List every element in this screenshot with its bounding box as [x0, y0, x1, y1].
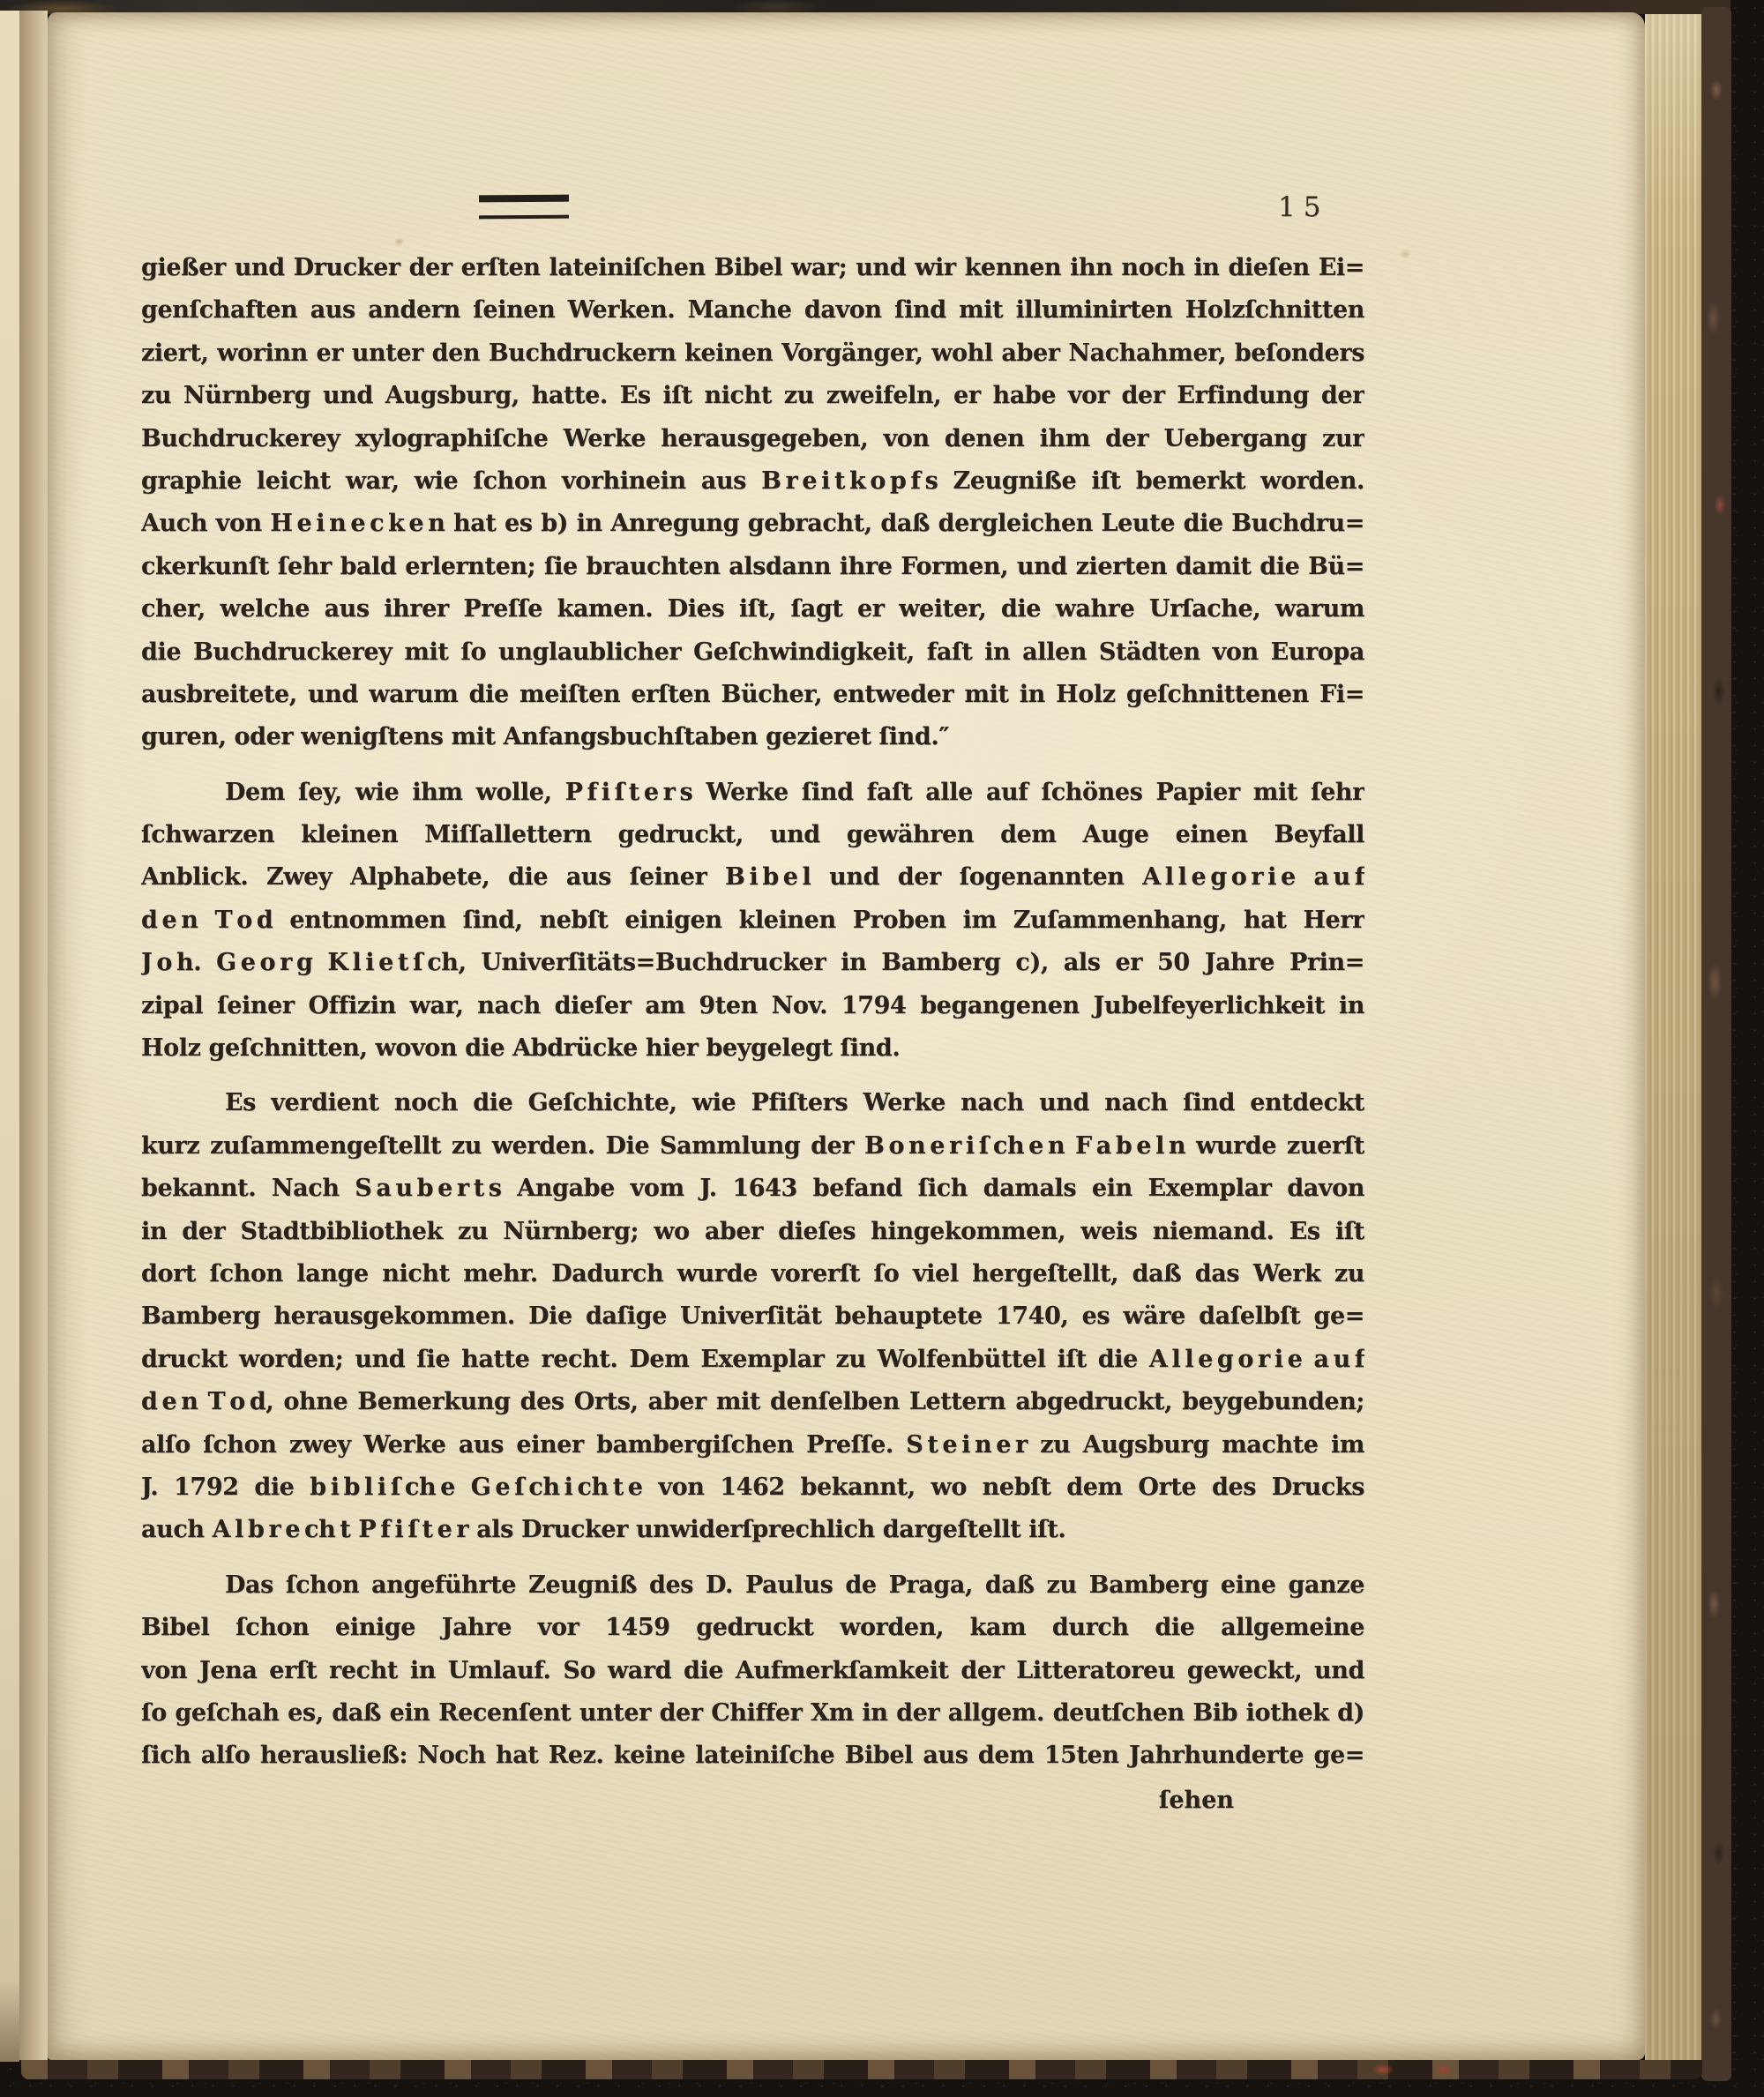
text-line: zu Nürnberg und Augsburg, hatte. Es iſt … — [141, 375, 1364, 417]
text-line: Es verdient noch die Geſchichte, wie Pfi… — [141, 1082, 1364, 1124]
book-scan-photo: { "page": { "number": "15", "catchword":… — [0, 0, 1764, 2097]
paragraph: Dem ſey, wie ihm wolle, P f i ſ t e r s … — [141, 772, 1364, 1071]
text-line: bekannt. Nach S a u b e r t s Angabe vom… — [141, 1168, 1364, 1210]
text-line: Holz geſchnitten, wovon die Abdrücke hie… — [141, 1027, 1364, 1070]
text-line: d e n T o d entnommen ſind, nebſt einige… — [141, 899, 1364, 942]
text-line: alſo ſchon zwey Werke aus einer bambergi… — [141, 1424, 1364, 1466]
text-line: zipal ſeiner Offizin war, nach dieſer am… — [141, 985, 1364, 1027]
gutter-shadow — [19, 11, 48, 2060]
text-line: die Buchdruckerey mit ſo unglaublicher G… — [141, 631, 1364, 674]
text-line: J o h. G e o r g K l i e t ſ ch, Univerſ… — [141, 942, 1364, 984]
text-line: Dem ſey, wie ihm wolle, P f i ſ t e r s … — [141, 772, 1364, 814]
text-line: von Jena erſt recht in Umlauf. So ward d… — [141, 1650, 1364, 1692]
text-line: genſchaften aus andern ſeinen Werken. Ma… — [141, 289, 1364, 332]
paragraph: Das ſchon angeführte Zeugniß des D. Paul… — [141, 1564, 1364, 1778]
text-line: guren, oder wenigſtens mit Anfangsbuchſt… — [141, 716, 1364, 758]
text-line: Bibel ſchon einige Jahre vor 1459 gedruc… — [141, 1607, 1364, 1649]
facing-page-edge — [0, 11, 19, 2062]
text-line: dort ſchon lange nicht mehr. Dadurch wur… — [141, 1253, 1364, 1295]
text-line: J. 1792 die b i b l i ſ ch e G e ſ ch i … — [141, 1466, 1364, 1509]
text-line: Bamberg herausgekommen. Die daſige Unive… — [141, 1295, 1364, 1338]
page-leaf-edges — [1645, 14, 1701, 2060]
bottom-binding-edge — [21, 2060, 1702, 2079]
text-line: auch A l b r e ch t P f i ſ t e r als Dr… — [141, 1509, 1364, 1551]
text-line: ſich alſo herausließ: Noch hat Rez. kein… — [141, 1735, 1364, 1777]
text-line: ſo geſchah es, daß ein Recenſent unter d… — [141, 1692, 1364, 1735]
text-line: Anblick. Zwey Alphabete, die aus ſeiner … — [141, 856, 1364, 899]
scanned-page: 15 gießer und Drucker der erſten lateini… — [48, 12, 1645, 2060]
catchword: ſehen — [141, 1780, 1364, 1822]
text-line: in der Stadtbibliothek zu Nürnberg; wo a… — [141, 1211, 1364, 1253]
text-line: graphie leicht war, wie ſchon vorhinein … — [141, 460, 1364, 503]
page-number: 15 — [1278, 191, 1384, 223]
marbled-cover-edge — [1701, 7, 1731, 2081]
text-line: ſchwarzen kleinen Miſſallettern gedruckt… — [141, 814, 1364, 856]
text-line: Das ſchon angeführte Zeugniß des D. Paul… — [141, 1564, 1364, 1607]
text-line: ausbreitete, und warum die meiſten erſte… — [141, 674, 1364, 716]
text-line: ckerkunſt ſehr bald erlernten; ſie brauc… — [141, 546, 1364, 588]
text-line: kurz zuſammengeſtellt zu werden. Die Sam… — [141, 1125, 1364, 1168]
text-line: d e n T o d, ohne Bemerkung des Orts, ab… — [141, 1381, 1364, 1423]
text-line: ziert, worinn er unter den Buchdruckern … — [141, 332, 1364, 375]
text-line: gießer und Drucker der erſten lateiniſch… — [141, 247, 1364, 289]
text-line: Auch von H e i n e c k e n hat es b) in … — [141, 503, 1364, 545]
paragraph: Es verdient noch die Geſchichte, wie Pfi… — [141, 1082, 1364, 1551]
body-text-block: gießer und Drucker der erſten lateiniſch… — [141, 247, 1364, 1778]
paragraph: gießer und Drucker der erſten lateiniſch… — [141, 247, 1364, 759]
text-line: druckt worden; und ſie hatte recht. Dem … — [141, 1339, 1364, 1381]
text-line: Buchdruckerey xylographiſche Werke herau… — [141, 418, 1364, 460]
header-double-rule — [479, 195, 569, 220]
text-line: cher, welche aus ihrer Preſſe kamen. Die… — [141, 588, 1364, 631]
